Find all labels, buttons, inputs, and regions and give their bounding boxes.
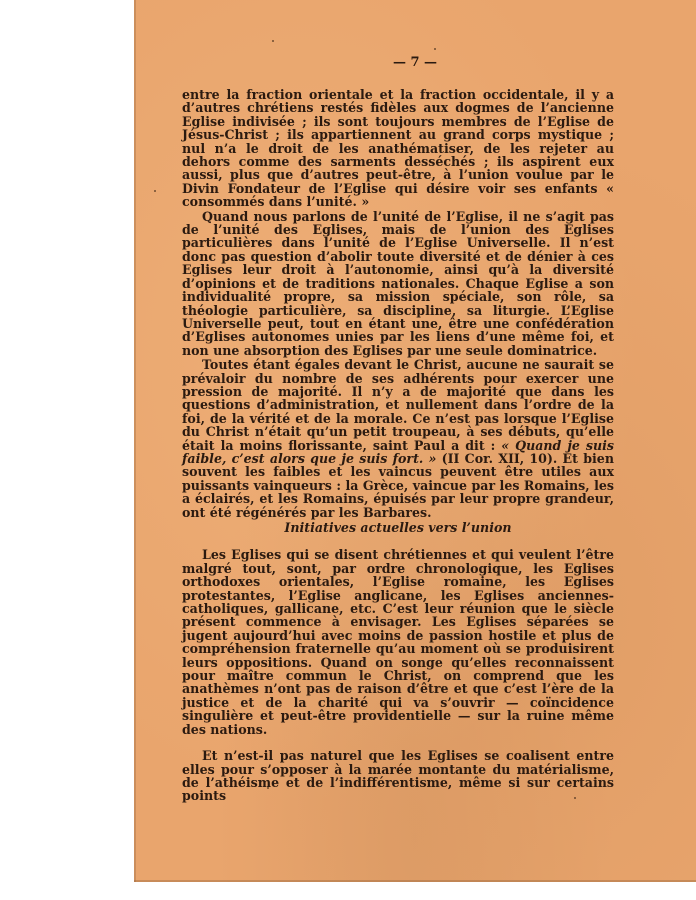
- paper-speck: [434, 48, 436, 50]
- paragraph-5: Et n’est-il pas naturel que les Eglises …: [182, 749, 614, 803]
- paragraph-3: Toutes étant égales devant le Christ, au…: [182, 358, 614, 519]
- paragraph-4: Les Eglises qui se disent chrétiennes et…: [182, 548, 614, 736]
- paragraph-1: entre la fraction orientale et la fracti…: [182, 88, 614, 209]
- paragraph-2: Quand nous parlons de l’unité de l’Eglis…: [182, 210, 614, 357]
- paper-speck: [574, 797, 576, 799]
- paper-speck: [154, 190, 156, 192]
- page-number: — 7 —: [134, 55, 696, 70]
- paper-speck: [267, 787, 269, 789]
- paper-speck: [272, 40, 274, 42]
- section-heading: Initiatives actuelles vers l’union: [182, 521, 614, 534]
- scanned-page: — 7 — entre la fraction orientale et la …: [134, 0, 696, 882]
- body-text: entre la fraction orientale et la fracti…: [182, 88, 614, 803]
